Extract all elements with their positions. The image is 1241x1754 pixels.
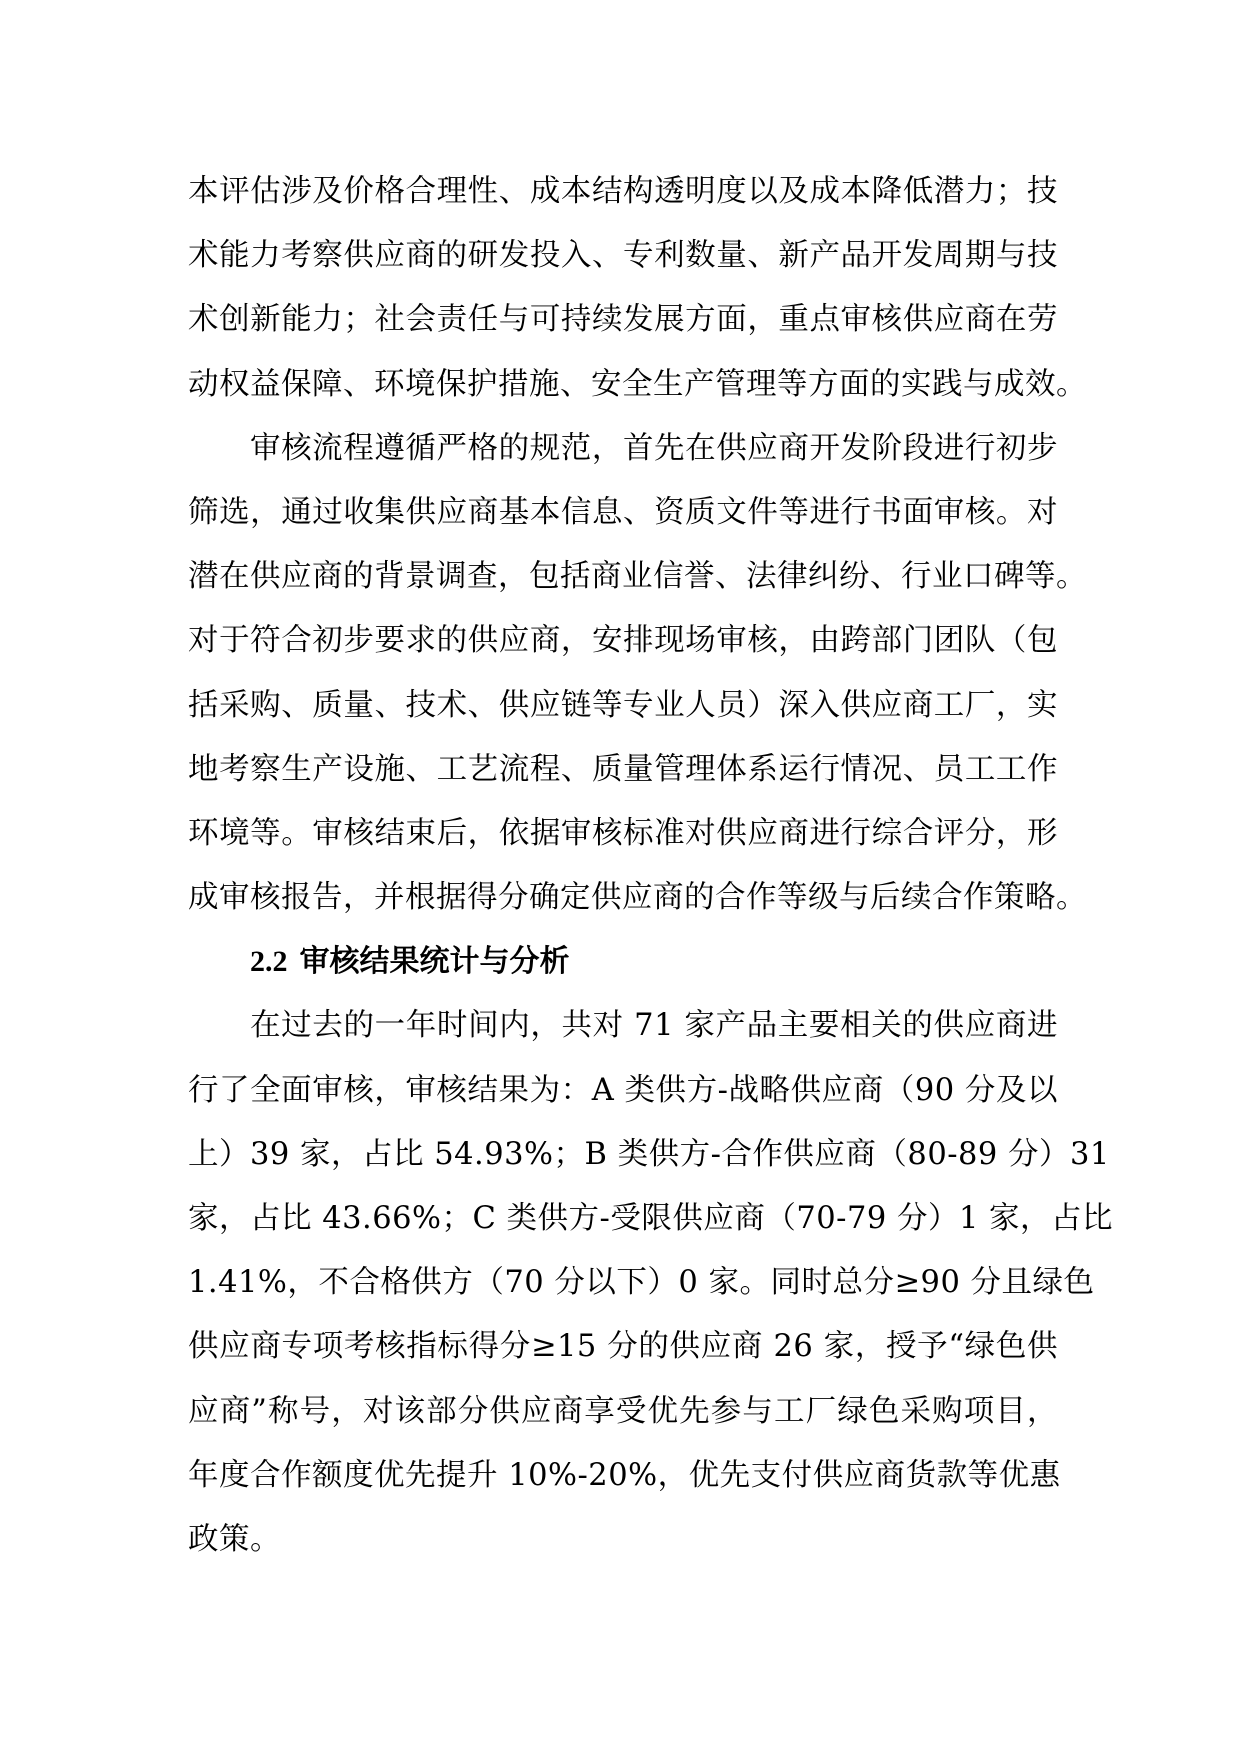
text-line: 政策。 bbox=[188, 1508, 1058, 1572]
section-heading: 2.2审核结果统计与分析 bbox=[188, 930, 1058, 994]
paragraph-audit-results: 在过去的一年时间内，共对 71 家产品主要相关的供应商进 行了全面审核，审核结果… bbox=[188, 994, 1058, 1572]
text-line: 行了全面审核，审核结果为：A 类供方-战略供应商（90 分及以 bbox=[188, 1059, 1058, 1123]
paragraph-evaluation-criteria: 本评估涉及价格合理性、成本结构透明度以及成本降低潜力；技 术能力考察供应商的研发… bbox=[188, 160, 1058, 417]
text-line: 括采购、质量、技术、供应链等专业人员）深入供应商工厂，实 bbox=[188, 674, 1058, 738]
document-body: 本评估涉及价格合理性、成本结构透明度以及成本降低潜力；技 术能力考察供应商的研发… bbox=[188, 160, 1058, 1572]
text-line: 本评估涉及价格合理性、成本结构透明度以及成本降低潜力；技 bbox=[188, 160, 1058, 224]
document-page: 本评估涉及价格合理性、成本结构透明度以及成本降低潜力；技 术能力考察供应商的研发… bbox=[0, 0, 1241, 1754]
text-line: 应商”称号，对该部分供应商享受优先参与工厂绿色采购项目， bbox=[188, 1380, 1058, 1444]
text-line: 术能力考察供应商的研发投入、专利数量、新产品开发周期与技 bbox=[188, 224, 1058, 288]
section-number: 2.2 bbox=[250, 945, 288, 978]
text-line: 1.41%，不合格供方（70 分以下）0 家。同时总分≥90 分且绿色 bbox=[188, 1251, 1058, 1315]
text-line: 对于符合初步要求的供应商，安排现场审核，由跨部门团队（包 bbox=[188, 609, 1058, 673]
text-line: 动权益保障、环境保护措施、安全生产管理等方面的实践与成效。 bbox=[188, 353, 1058, 417]
paragraph-audit-process: 审核流程遵循严格的规范，首先在供应商开发阶段进行初步 筛选，通过收集供应商基本信… bbox=[188, 417, 1058, 931]
section-title: 审核结果统计与分析 bbox=[300, 944, 570, 979]
text-line: 环境等。审核结束后，依据审核标准对供应商进行综合评分，形 bbox=[188, 802, 1058, 866]
text-line: 筛选，通过收集供应商基本信息、资质文件等进行书面审核。对 bbox=[188, 481, 1058, 545]
text-line: 年度合作额度优先提升 10%-20%，优先支付供应商货款等优惠 bbox=[188, 1444, 1058, 1508]
text-line: 地考察生产设施、工艺流程、质量管理体系运行情况、员工工作 bbox=[188, 738, 1058, 802]
text-line: 术创新能力；社会责任与可持续发展方面，重点审核供应商在劳 bbox=[188, 288, 1058, 352]
text-line: 成审核报告，并根据得分确定供应商的合作等级与后续合作策略。 bbox=[188, 866, 1058, 930]
text-line: 上）39 家，占比 54.93%；B 类供方-合作供应商（80-89 分）31 bbox=[188, 1123, 1058, 1187]
text-line: 审核流程遵循严格的规范，首先在供应商开发阶段进行初步 bbox=[188, 417, 1058, 481]
text-line: 在过去的一年时间内，共对 71 家产品主要相关的供应商进 bbox=[188, 994, 1058, 1058]
text-line: 潜在供应商的背景调查，包括商业信誉、法律纠纷、行业口碑等。 bbox=[188, 545, 1058, 609]
text-line: 家，占比 43.66%；C 类供方-受限供应商（70-79 分）1 家，占比 bbox=[188, 1187, 1058, 1251]
text-line: 供应商专项考核指标得分≥15 分的供应商 26 家，授予“绿色供 bbox=[188, 1315, 1058, 1379]
